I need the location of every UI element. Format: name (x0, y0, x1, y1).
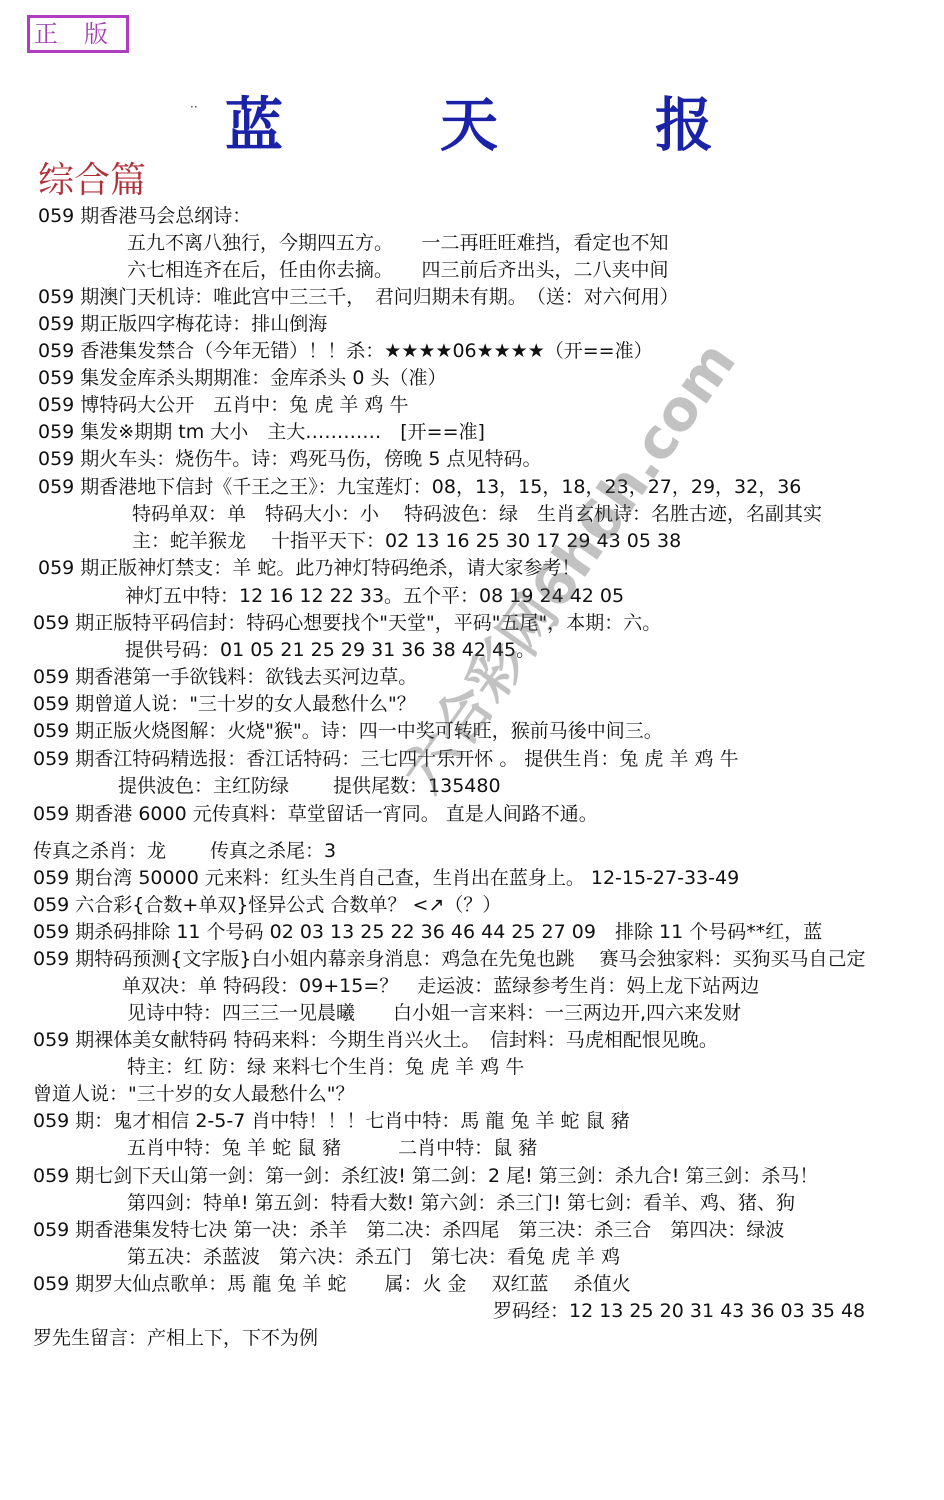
text-line: 059 期正版特平码信封：特码心想要找个"天堂"，平码"五尾"，本期：六。 (33, 610, 661, 637)
badge-left-char: 正 (34, 18, 84, 50)
text-line: 059 期曾道人说："三十岁的女人最愁什么"？ (33, 691, 416, 718)
text-line: 059 期正版四字梅花诗：排山倒海 (38, 311, 327, 338)
text-line: 059 期：鬼才相信 2-5-7 肖中特！！！七肖中特：馬 龍 兔 羊 蛇 鼠 … (33, 1108, 630, 1135)
text-line: 059 期裸体美女献特码 特码来料：今期生肖兴火土。 信封料：马虎相配恨见晚。 (33, 1027, 718, 1054)
text-line: 059 期正版火烧图解：火烧"猴"。诗：四一中奖可转旺，猴前马後中间三。 (33, 718, 663, 745)
text-line: 059 期特码预测{文字版}白小姐内幕亲身消息：鸡急在先兔也跳 赛马会独家料：买… (33, 946, 866, 973)
text-line: 059 期正版神灯禁支：羊 蛇。此乃神灯特码绝杀，请大家参考！ (38, 555, 580, 582)
badge-right-char: 版 (84, 20, 108, 48)
text-line: 059 六合彩{合数+单双}怪异公式 合数单？ <↗（？） (33, 892, 501, 919)
text-line: 主：蛇羊猴龙 十指平天下：02 13 16 25 30 17 29 43 05 … (132, 528, 681, 555)
page-title: 蓝 天 报 (0, 78, 944, 148)
text-line: 罗码经：12 13 25 20 31 43 36 03 35 48 (493, 1298, 865, 1325)
text-line: 罗先生留言：产相上下，下不为例 (33, 1325, 318, 1352)
text-line: 059 集发金库杀头期期准：金库杀头 0 头（准） (38, 365, 446, 392)
text-line: 059 期七剑下天山第一剑：第一剑：杀红波! 第二剑：2 尾! 第三剑：杀九合!… (33, 1163, 818, 1190)
text-line: 059 期澳门天机诗：唯此宫中三三千， 君问归期未有期。 （送：对六何用） (38, 284, 679, 311)
text-line: 特码单双：单 特码大小：小 特码波色：绿 生肖玄机诗：名胜古迹，名副其实 (132, 501, 822, 528)
text-line: 059 期香港集发特七决 第一决：杀羊 第二决：杀四尾 第三决：杀三合 第四决：… (33, 1217, 784, 1244)
text-line: 059 期火车头：烧伤牛。诗：鸡死马伤，傍晚 5 点见特码。 (38, 446, 541, 473)
text-line: 五九不离八独行，今期四五方。 一二再旺旺难挡，看定也不知 (127, 230, 669, 257)
text-line: 曾道人说："三十岁的女人最愁什么"？ (33, 1081, 354, 1108)
text-line: 059 期香江特码精选报：香江话特码：三七四十乐开怀 。 提供生肖：兔 虎 羊 … (33, 746, 739, 773)
text-line: 第五决：杀蓝波 第六决：杀五门 第七决：看兔 虎 羊 鸡 (127, 1244, 620, 1271)
text-line: 059 期香港 6000 元传真料：草堂留话一宵同。 直是人间路不通。 (33, 801, 598, 828)
text-line: 提供波色：主红防绿 提供尾数：135480 (118, 773, 501, 800)
text-line: 059 期香港第一手欲钱料：欲钱去买河边草。 (33, 664, 417, 691)
text-line: 传真之杀肖：龙 传真之杀尾：3 (33, 838, 336, 865)
text-line: 059 期香港马会总纲诗： (38, 203, 251, 230)
text-line: 神灯五中特：12 16 12 22 33。五个平：08 19 24 42 05 (125, 583, 624, 610)
text-line: 见诗中特：四三三一见晨曦 白小姐一言来料：一三两边开,四六来发财 (127, 1000, 741, 1027)
text-line: 提供号码：01 05 21 25 29 31 36 38 42 45。 (125, 637, 535, 664)
text-line: 059 博特码大公开 五肖中：兔 虎 羊 鸡 牛 (38, 392, 408, 419)
title-char-2: 天 (440, 78, 498, 162)
text-line: 059 期香港地下信封《千王之王》：九宝莲灯：08，13，15，18，23，27… (38, 474, 801, 501)
text-line: 五肖中特：兔 羊 蛇 鼠 豬 二肖中特：鼠 豬 (127, 1135, 537, 1162)
text-line: 059 期杀码排除 11 个号码 02 03 13 25 22 36 46 44… (33, 919, 822, 946)
authentic-edition-badge: 正版 (27, 15, 129, 53)
text-line: 特主：红 防：绿 来料七个生肖：兔 虎 羊 鸡 牛 (127, 1054, 524, 1081)
text-line: 059 期罗大仙点歌单：馬 龍 兔 羊 蛇 属：火 金 双红蓝 杀值火 (33, 1271, 631, 1298)
text-line: 059 期台湾 50000 元来料：红头生肖自己查，生肖出在蓝身上。 12-15… (33, 865, 739, 892)
title-char-1: 蓝 (225, 78, 283, 162)
text-line: 059 集发※期期 tm 大小 主大………… [开==准] (38, 419, 485, 446)
text-line: 单双决：单 特码段：09+15=？ 走运波：蓝绿参考生肖：妈上龙下站两边 (122, 973, 759, 1000)
text-line: 059 香港集发禁合（今年无错）！！杀：★★★★06★★★★（开==准） (38, 338, 653, 365)
text-line: 第四剑：特单! 第五剑：特看大数! 第六剑：杀三门! 第七剑：看羊、鸡、猪、狗 (127, 1190, 795, 1217)
text-line: 六七相连齐在后，任由你去摘。 四三前后齐出头，二八夹中间 (127, 257, 669, 284)
section-heading: 综合篇 (38, 152, 146, 203)
title-char-3: 报 (655, 78, 713, 162)
